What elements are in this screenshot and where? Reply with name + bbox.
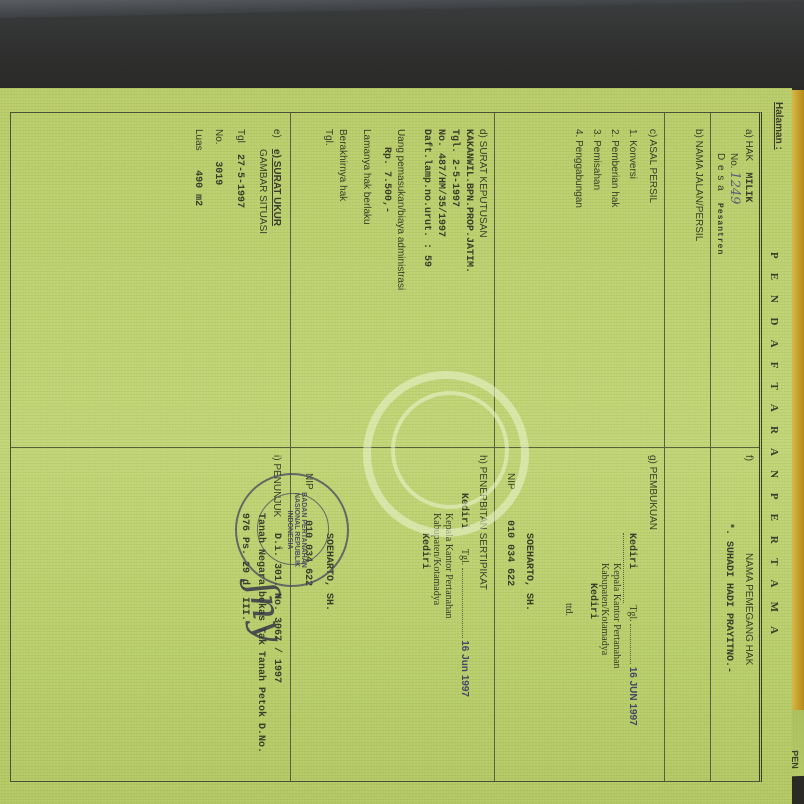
gambar-situasi-label: GAMBAR SITUASI	[255, 149, 269, 234]
section-f-label: f)	[741, 455, 755, 461]
pembukuan-date: 16 JUN 1997	[627, 667, 638, 726]
section-a-label: a) HAK MILIK	[740, 129, 755, 202]
row-jalan: b) NAMA JALAN/PERSIL	[664, 113, 711, 781]
book-edge	[792, 90, 804, 710]
berakhir-tgl-label: Tgl.	[321, 129, 335, 146]
su-luas-label: Luas	[193, 129, 204, 151]
sk-line-2: Tgl. 2-5-1997	[447, 129, 461, 207]
pembukuan-place: Kediri	[623, 533, 638, 603]
page-title: P E N D A F T A R A N P E R T A M A	[768, 88, 780, 804]
pembukuan-office-1: Kepala Kantor Pertanahan	[609, 563, 623, 669]
desa: D e s a Pesantren	[712, 153, 727, 255]
nama-pemegang-heading: NAMA PEMEGANG HAK	[741, 553, 755, 665]
section-d-label: d) SURAT KEPUTUSAN	[475, 129, 489, 238]
su-no-value: 3019	[212, 161, 223, 185]
uang-value: Rp. 7.500,-	[379, 147, 393, 213]
holder-name: *. SUHADI HADI PRAYITNO.-	[721, 523, 735, 673]
hak-type: MILIK	[742, 172, 753, 202]
column-divider	[665, 447, 711, 448]
pembukuan-office-2: Kabupaten/Kotamadya	[597, 563, 611, 655]
asal-item-3: 3. Pemisahan	[589, 129, 603, 190]
penerbitan-tgl-label: Tgl.	[459, 549, 470, 565]
asal-item-2: 2. Pemberian hak	[607, 129, 621, 207]
hak-label: a) HAK	[743, 129, 754, 161]
row-surat-ukur: e) e) SURAT UKUR GAMBAR SITUASI Tgl 27-5…	[11, 113, 291, 781]
pembukuan-tgl-label: Tgl.	[627, 605, 638, 621]
desa-value: Pesantren	[715, 203, 724, 255]
column-divider	[11, 447, 291, 448]
certificate-page-viewport: Halaman : P E N D A F T A R A N P E R T …	[0, 88, 792, 804]
embossed-seal-inner-ring	[391, 391, 509, 509]
surat-ukur-label: e) SURAT UKUR	[271, 149, 282, 226]
sk-line-3: No. 487/HM/35/1997	[433, 129, 447, 237]
su-luas-value: 490 m2	[192, 170, 203, 206]
lamanya-label: Lamanya hak berlaku	[359, 129, 373, 225]
bpn-stamp-text: BADAN PERTANAHAN NASIONAL REPUBLIK INDON…	[286, 485, 307, 575]
table-surface	[0, 0, 804, 18]
pembukuan-ttd: ttd.	[561, 603, 575, 616]
pembukuan-office-3: Kediri	[585, 583, 599, 619]
section-e-label: e) e) SURAT UKUR	[269, 129, 283, 226]
uang-label: Uang pemasukan/biaya administrasi	[393, 129, 407, 290]
asal-item-4: 4. Penggabungan	[571, 129, 585, 208]
hak-number: No. 1249	[726, 153, 741, 204]
pembukuan-official: SOEHARTO, SH.	[521, 533, 535, 611]
desa-label: D e s a	[715, 153, 726, 192]
section-b-label: b) NAMA JALAN/PERSIL	[691, 129, 705, 241]
su-no-label: No.	[213, 129, 224, 145]
no-label: No.	[728, 153, 739, 169]
pembukuan-place-date: Kediri Tgl. 16 JUN 1997	[623, 533, 639, 726]
sk-line-4: Daft.lamp.no.urut. : 59	[419, 129, 433, 267]
berakhir-label: Berakhirnya hak	[335, 129, 349, 201]
column-divider	[711, 447, 759, 448]
certificate-page: Halaman : P E N D A F T A R A N P E R T …	[0, 88, 792, 804]
section-g-label: g) PEMBUKUAN	[645, 455, 659, 530]
form-frame: a) HAK MILIK No. 1249 D e s a Pesantren …	[10, 112, 762, 782]
nip-value: 010 034 622	[504, 520, 515, 586]
no-value: 1249	[727, 171, 742, 204]
su-tgl: Tgl 27-5-1997	[232, 129, 247, 208]
sk-line-1: KAKANWIL.BPN.PROP.JATIM.	[461, 129, 475, 273]
section-c-label: c) ASAL PERSIL	[645, 129, 659, 203]
su-no: No. 3019	[210, 129, 225, 185]
su-luas: Luas 490 m2	[190, 129, 205, 206]
penerbitan-office-3: Kediri	[417, 533, 431, 569]
dotted-fill	[630, 624, 631, 664]
signature: ʃny	[239, 580, 293, 645]
dotted-fill	[462, 568, 463, 638]
su-tgl-value: 27-5-1997	[234, 154, 245, 208]
asal-item-1: 1. Konversi	[625, 129, 639, 179]
penerbitan-date: 16 Jun 1997	[459, 640, 470, 697]
row-hak: a) HAK MILIK No. 1249 D e s a Pesantren …	[710, 113, 759, 781]
su-tgl-label: Tgl	[235, 129, 246, 143]
